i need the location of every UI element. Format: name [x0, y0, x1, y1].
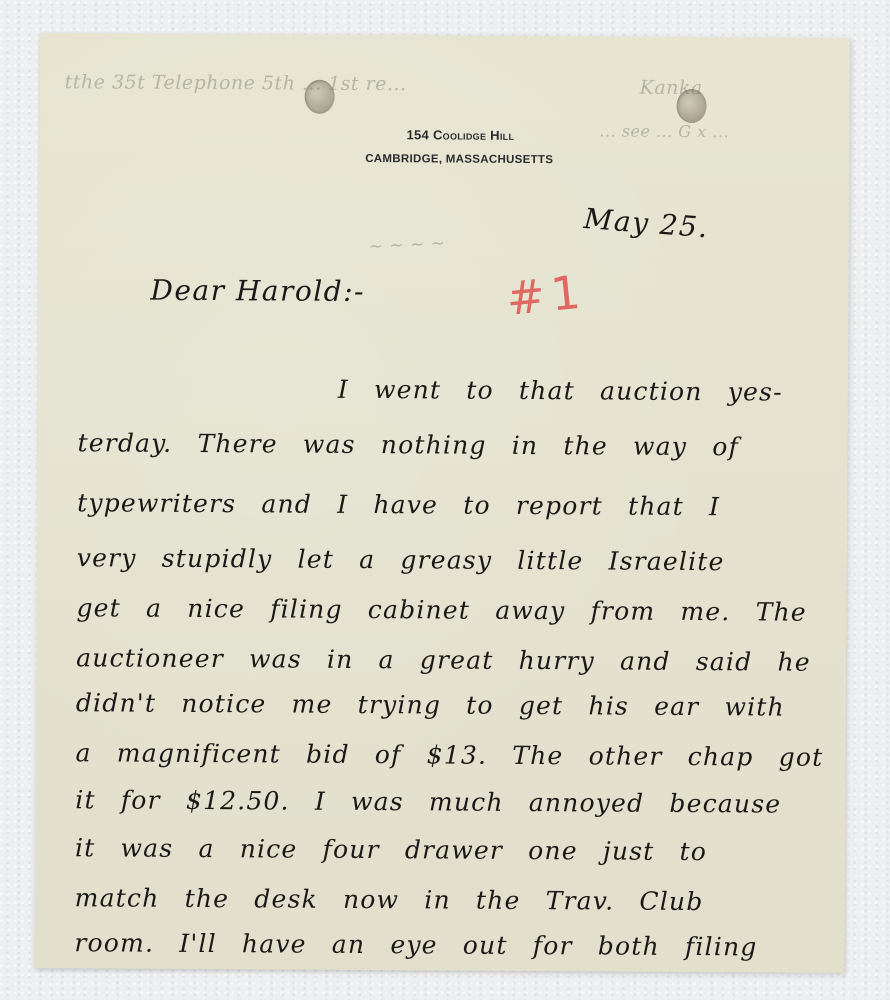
pencil-notes-line1: tthe 35t Telephone 5th ... 1st re... [65, 71, 407, 95]
body-line-11: match the desk now in the Trav. Club [75, 883, 835, 917]
letter-paper: tthe 35t Telephone 5th ... 1st re... Kan… [34, 33, 850, 973]
body-line-7: didn't notice me trying to get his ear w… [76, 688, 836, 722]
pencil-notes-line2: ... see ... G x ... [599, 121, 729, 141]
body-line-8: a magnificent bid of $13. The other chap… [76, 738, 836, 772]
body-line-2: terday. There was nothing in the way of [77, 428, 837, 462]
pencil-faint-mark: ~ ~ ~ ~ [368, 233, 446, 257]
letterhead-city: CAMBRIDGE, MASSACHUSETTS [309, 153, 609, 167]
body-line-3: typewriters and I have to report that I [77, 488, 837, 522]
body-line-6: auctioneer was in a great hurry and said… [76, 643, 836, 677]
body-line-12: room. I'll have an eye out for both fili… [74, 928, 834, 962]
body-line-1: I went to that auction yes- [338, 375, 890, 409]
salutation: Dear Harold:- [150, 274, 365, 308]
body-line-9: it for $12.50. I was much annoyed becaus… [75, 785, 835, 819]
archival-number-mark: #1 [504, 264, 589, 326]
body-line-4: very stupidly let a greasy little Israel… [77, 543, 837, 577]
body-line-10: it was a nice four drawer one just to [75, 833, 835, 867]
pencil-notes-right: Kanka [640, 77, 703, 99]
letterhead-address: 154 Coolidge Hill [345, 127, 575, 143]
body-line-5: get a nice filing cabinet away from me. … [76, 593, 836, 627]
letter-date: May 25. [583, 202, 710, 244]
